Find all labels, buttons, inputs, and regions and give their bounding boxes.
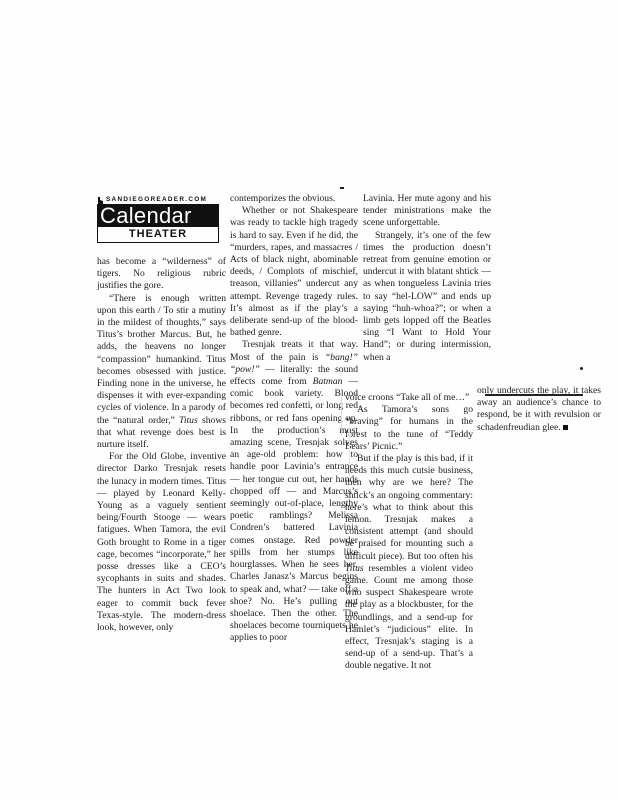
paragraph: voice croons “Take all of me…”	[345, 392, 473, 404]
article-column-4: only undercuts the play, it takes away a…	[477, 385, 601, 434]
paragraph: Strangely, it’s one of the few times the…	[363, 230, 491, 364]
scan-speck	[340, 187, 344, 189]
article-column-3-top: Lavinia. Her mute agony and his tender m…	[363, 193, 491, 364]
paragraph: Lavinia. Her mute agony and his tender m…	[363, 193, 491, 230]
end-rule-divider	[485, 394, 583, 396]
scan-speck	[580, 367, 583, 370]
calendar-title: Calendar	[97, 204, 219, 227]
scanned-newspaper-page: SANDIEGOREADER.COM Calendar THEATER has …	[0, 0, 618, 800]
paragraph: Whether or not Shakespeare was ready to …	[230, 205, 358, 339]
article-column-3-bottom: voice croons “Take all of me…” As Tamora…	[345, 392, 473, 673]
scan-artifact-line	[341, 395, 342, 435]
paragraph: “There is enough written upon this earth…	[97, 293, 226, 452]
article-column-2: contemporizes the obvious. Whether or no…	[230, 193, 358, 645]
paragraph: contemporizes the obvious.	[230, 193, 358, 205]
paragraph: only undercuts the play, it takes away a…	[477, 385, 601, 434]
reader-logo-icon	[97, 197, 104, 204]
calendar-masthead: SANDIEGOREADER.COM Calendar THEATER	[97, 196, 219, 243]
end-of-article-icon	[563, 425, 568, 430]
paragraph: has become a “wilderness” of tigers. No …	[97, 256, 226, 293]
paragraph: But if the play is this bad, if it needs…	[345, 453, 473, 673]
section-label: THEATER	[97, 227, 219, 243]
paragraph: For the Old Globe, inventive director Da…	[97, 451, 226, 634]
paragraph: As Tamora’s sons go “braving” for humans…	[345, 404, 473, 453]
paragraph: Tresnjak treats it that way. Most of the…	[230, 339, 358, 644]
scan-artifact-line	[349, 420, 350, 480]
article-column-1: has become a “wilderness” of tigers. No …	[97, 256, 226, 634]
